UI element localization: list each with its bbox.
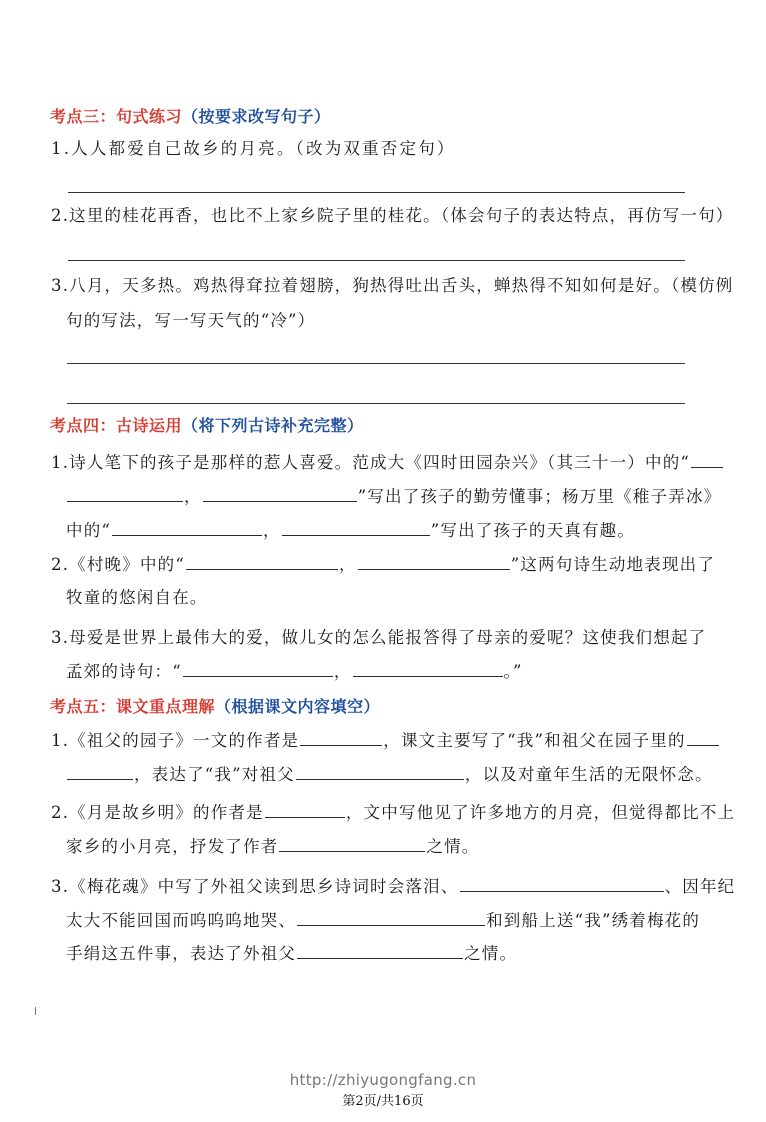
section-instruction: （将下列古诗补充完整） <box>182 416 364 435</box>
question-number: 2. <box>51 803 69 822</box>
question-text: ，表达了“我”对祖父 <box>134 765 295 784</box>
question-text: 手绢这五件事，表达了外祖父 <box>66 944 296 963</box>
question-text: 这里的桂花再香，也比不上家乡院子里的桂花。（体会句子的表达特点，再仿写一句） <box>69 206 733 225</box>
question-3-2: 2.这里的桂花再香，也比不上家乡院子里的桂花。（体会句子的表达特点，再仿写一句） <box>51 206 734 226</box>
question-5-3-line2: 太大不能回国而呜呜呜地哭、和到船上送“我”绣着梅花的 <box>66 911 700 931</box>
question-number: 3. <box>51 276 69 295</box>
fill-blank[interactable] <box>67 765 133 780</box>
separator: ， <box>263 521 281 540</box>
separator: ， <box>184 487 202 506</box>
question-4-2-cont: 牧童的悠闲自在。 <box>66 588 208 608</box>
fill-blank[interactable] <box>460 877 664 892</box>
question-number: 3. <box>51 877 69 896</box>
question-number: 1. <box>51 453 69 472</box>
question-4-3: 3.母爱是世界上最伟大的爱，做儿女的怎么能报答得了母亲的爱呢？这使我们想起了 <box>51 628 706 648</box>
fill-blank[interactable] <box>297 944 463 959</box>
question-text: ，文中写他见了许多地方的月亮，但觉得都比不上 <box>346 803 735 822</box>
question-number: 2. <box>51 206 69 225</box>
fill-blank[interactable] <box>279 837 425 852</box>
question-number: 2. <box>51 555 69 574</box>
question-4-1-line3: 中的“，”写出了孩子的天真有趣。 <box>66 521 635 541</box>
fill-blank[interactable] <box>186 555 338 570</box>
fill-blank[interactable] <box>203 487 357 502</box>
question-text: ，课文主要写了“我”和祖父在园子里的 <box>383 731 685 750</box>
section-heading-poetry: 考点四：古诗运用（将下列古诗补充完整） <box>50 413 364 436</box>
question-5-3-line3: 手绢这五件事，表达了外祖父之情。 <box>66 944 517 964</box>
section-title: 考点三：句式练习 <box>50 107 182 126</box>
question-text: 《祖父的园子》一文的作者是 <box>69 731 299 750</box>
section-title: 考点四：古诗运用 <box>50 416 182 435</box>
question-text: 、因年纪 <box>665 877 736 896</box>
section-instruction: （按要求改写句子） <box>182 107 331 126</box>
question-5-2-line2: 家乡的小月亮，抒发了作者之情。 <box>66 837 480 857</box>
fill-blank[interactable] <box>183 662 333 677</box>
question-text: 《梅花魂》中写了外祖父读到思乡诗词时会落泪、 <box>69 877 458 896</box>
question-text: 《村晚》中的“ <box>69 555 185 574</box>
separator: ， <box>334 662 352 681</box>
question-4-1-line2: ，”写出了孩子的勤劳懂事；杨万里《稚子弄冰》 <box>66 487 721 507</box>
fill-blank[interactable] <box>691 453 723 468</box>
footer-url[interactable]: http://zhiyugongfang.cn <box>0 1071 766 1089</box>
question-number: 1. <box>51 139 71 158</box>
question-5-3: 3.《梅花魂》中写了外祖父读到思乡诗词时会落泪、、因年纪 <box>51 877 735 897</box>
fill-blank[interactable] <box>358 555 510 570</box>
question-text: 母爱是世界上最伟大的爱，做儿女的怎么能报答得了母亲的爱呢？这使我们想起了 <box>69 628 706 647</box>
question-text: 《月是故乡明》的作者是 <box>69 803 264 822</box>
question-4-3-line2: 孟郊的诗句：“，。” <box>66 662 523 682</box>
fill-blank[interactable] <box>353 662 503 677</box>
question-text: 八月，天多热。鸡热得耷拉着翅膀，狗热得吐出舌头，蝉热得不知如何是好。（模仿例 <box>69 276 733 295</box>
scan-artifact <box>35 1007 36 1015</box>
question-4-2: 2.《村晚》中的“，”这两句诗生动地表现出了 <box>51 555 715 575</box>
section-title: 考点五：课文重点理解 <box>50 697 215 716</box>
answer-line[interactable] <box>68 192 685 193</box>
fill-blank[interactable] <box>265 803 345 818</box>
question-text: ”写出了孩子的天真有趣。 <box>431 521 635 540</box>
fill-blank[interactable] <box>300 731 382 746</box>
question-number: 3. <box>51 628 69 647</box>
question-text: 之情。 <box>426 837 479 856</box>
worksheet-page: 考点三：句式练习（按要求改写句子） 1.人人都爱自己故乡的月亮。（改为双重否定句… <box>0 0 766 1122</box>
section-heading-sentence-practice: 考点三：句式练习（按要求改写句子） <box>50 104 331 127</box>
question-3-1: 1.人人都爱自己故乡的月亮。（改为双重否定句） <box>51 139 456 159</box>
question-text: 孟郊的诗句：“ <box>66 662 182 681</box>
section-heading-text-understanding: 考点五：课文重点理解（根据课文内容填空） <box>50 694 380 717</box>
fill-blank[interactable] <box>687 731 719 746</box>
question-5-2: 2.《月是故乡明》的作者是，文中写他见了许多地方的月亮，但觉得都比不上 <box>51 803 735 823</box>
question-4-1: 1.诗人笔下的孩子是那样的惹人喜爱。范成大《四时田园杂兴》（其三十一）中的“ <box>51 453 724 473</box>
section-instruction: （根据课文内容填空） <box>215 697 380 716</box>
page-number: 第2页/共16页 <box>0 1090 766 1109</box>
question-number: 1. <box>51 731 69 750</box>
question-3-3: 3.八月，天多热。鸡热得耷拉着翅膀，狗热得吐出舌头，蝉热得不知如何是好。（模仿例 <box>51 276 734 296</box>
question-5-1: 1.《祖父的园子》一文的作者是，课文主要写了“我”和祖父在园子里的 <box>51 731 720 751</box>
fill-blank[interactable] <box>282 521 430 536</box>
question-text: 。” <box>504 662 523 681</box>
fill-blank[interactable] <box>297 911 485 926</box>
answer-line[interactable] <box>67 363 685 364</box>
fill-blank[interactable] <box>67 487 183 502</box>
question-text: 人人都爱自己故乡的月亮。（改为双重否定句） <box>71 139 455 158</box>
question-text: 诗人笔下的孩子是那样的惹人喜爱。范成大《四时田园杂兴》（其三十一）中的“ <box>69 453 690 472</box>
question-text: 太大不能回国而呜呜呜地哭、 <box>66 911 296 930</box>
separator: ， <box>339 555 357 574</box>
question-text: 和到船上送“我”绣着梅花的 <box>486 911 700 930</box>
question-3-3-cont: 句的写法，写一写天气的“冷”） <box>66 311 315 331</box>
question-text: 之情。 <box>464 944 517 963</box>
question-text: 家乡的小月亮，抒发了作者 <box>66 837 278 856</box>
question-text: ”写出了孩子的勤劳懂事；杨万里《稚子弄冰》 <box>358 487 722 506</box>
question-text: 中的“ <box>66 521 111 540</box>
answer-line[interactable] <box>67 403 685 404</box>
answer-line[interactable] <box>68 260 685 261</box>
question-5-1-line2: ，表达了“我”对祖父，以及对童年生活的无限怀念。 <box>66 765 713 785</box>
question-text: ，以及对童年生活的无限怀念。 <box>465 765 713 784</box>
question-text: ”这两句诗生动地表现出了 <box>511 555 715 574</box>
fill-blank[interactable] <box>296 765 464 780</box>
fill-blank[interactable] <box>112 521 262 536</box>
